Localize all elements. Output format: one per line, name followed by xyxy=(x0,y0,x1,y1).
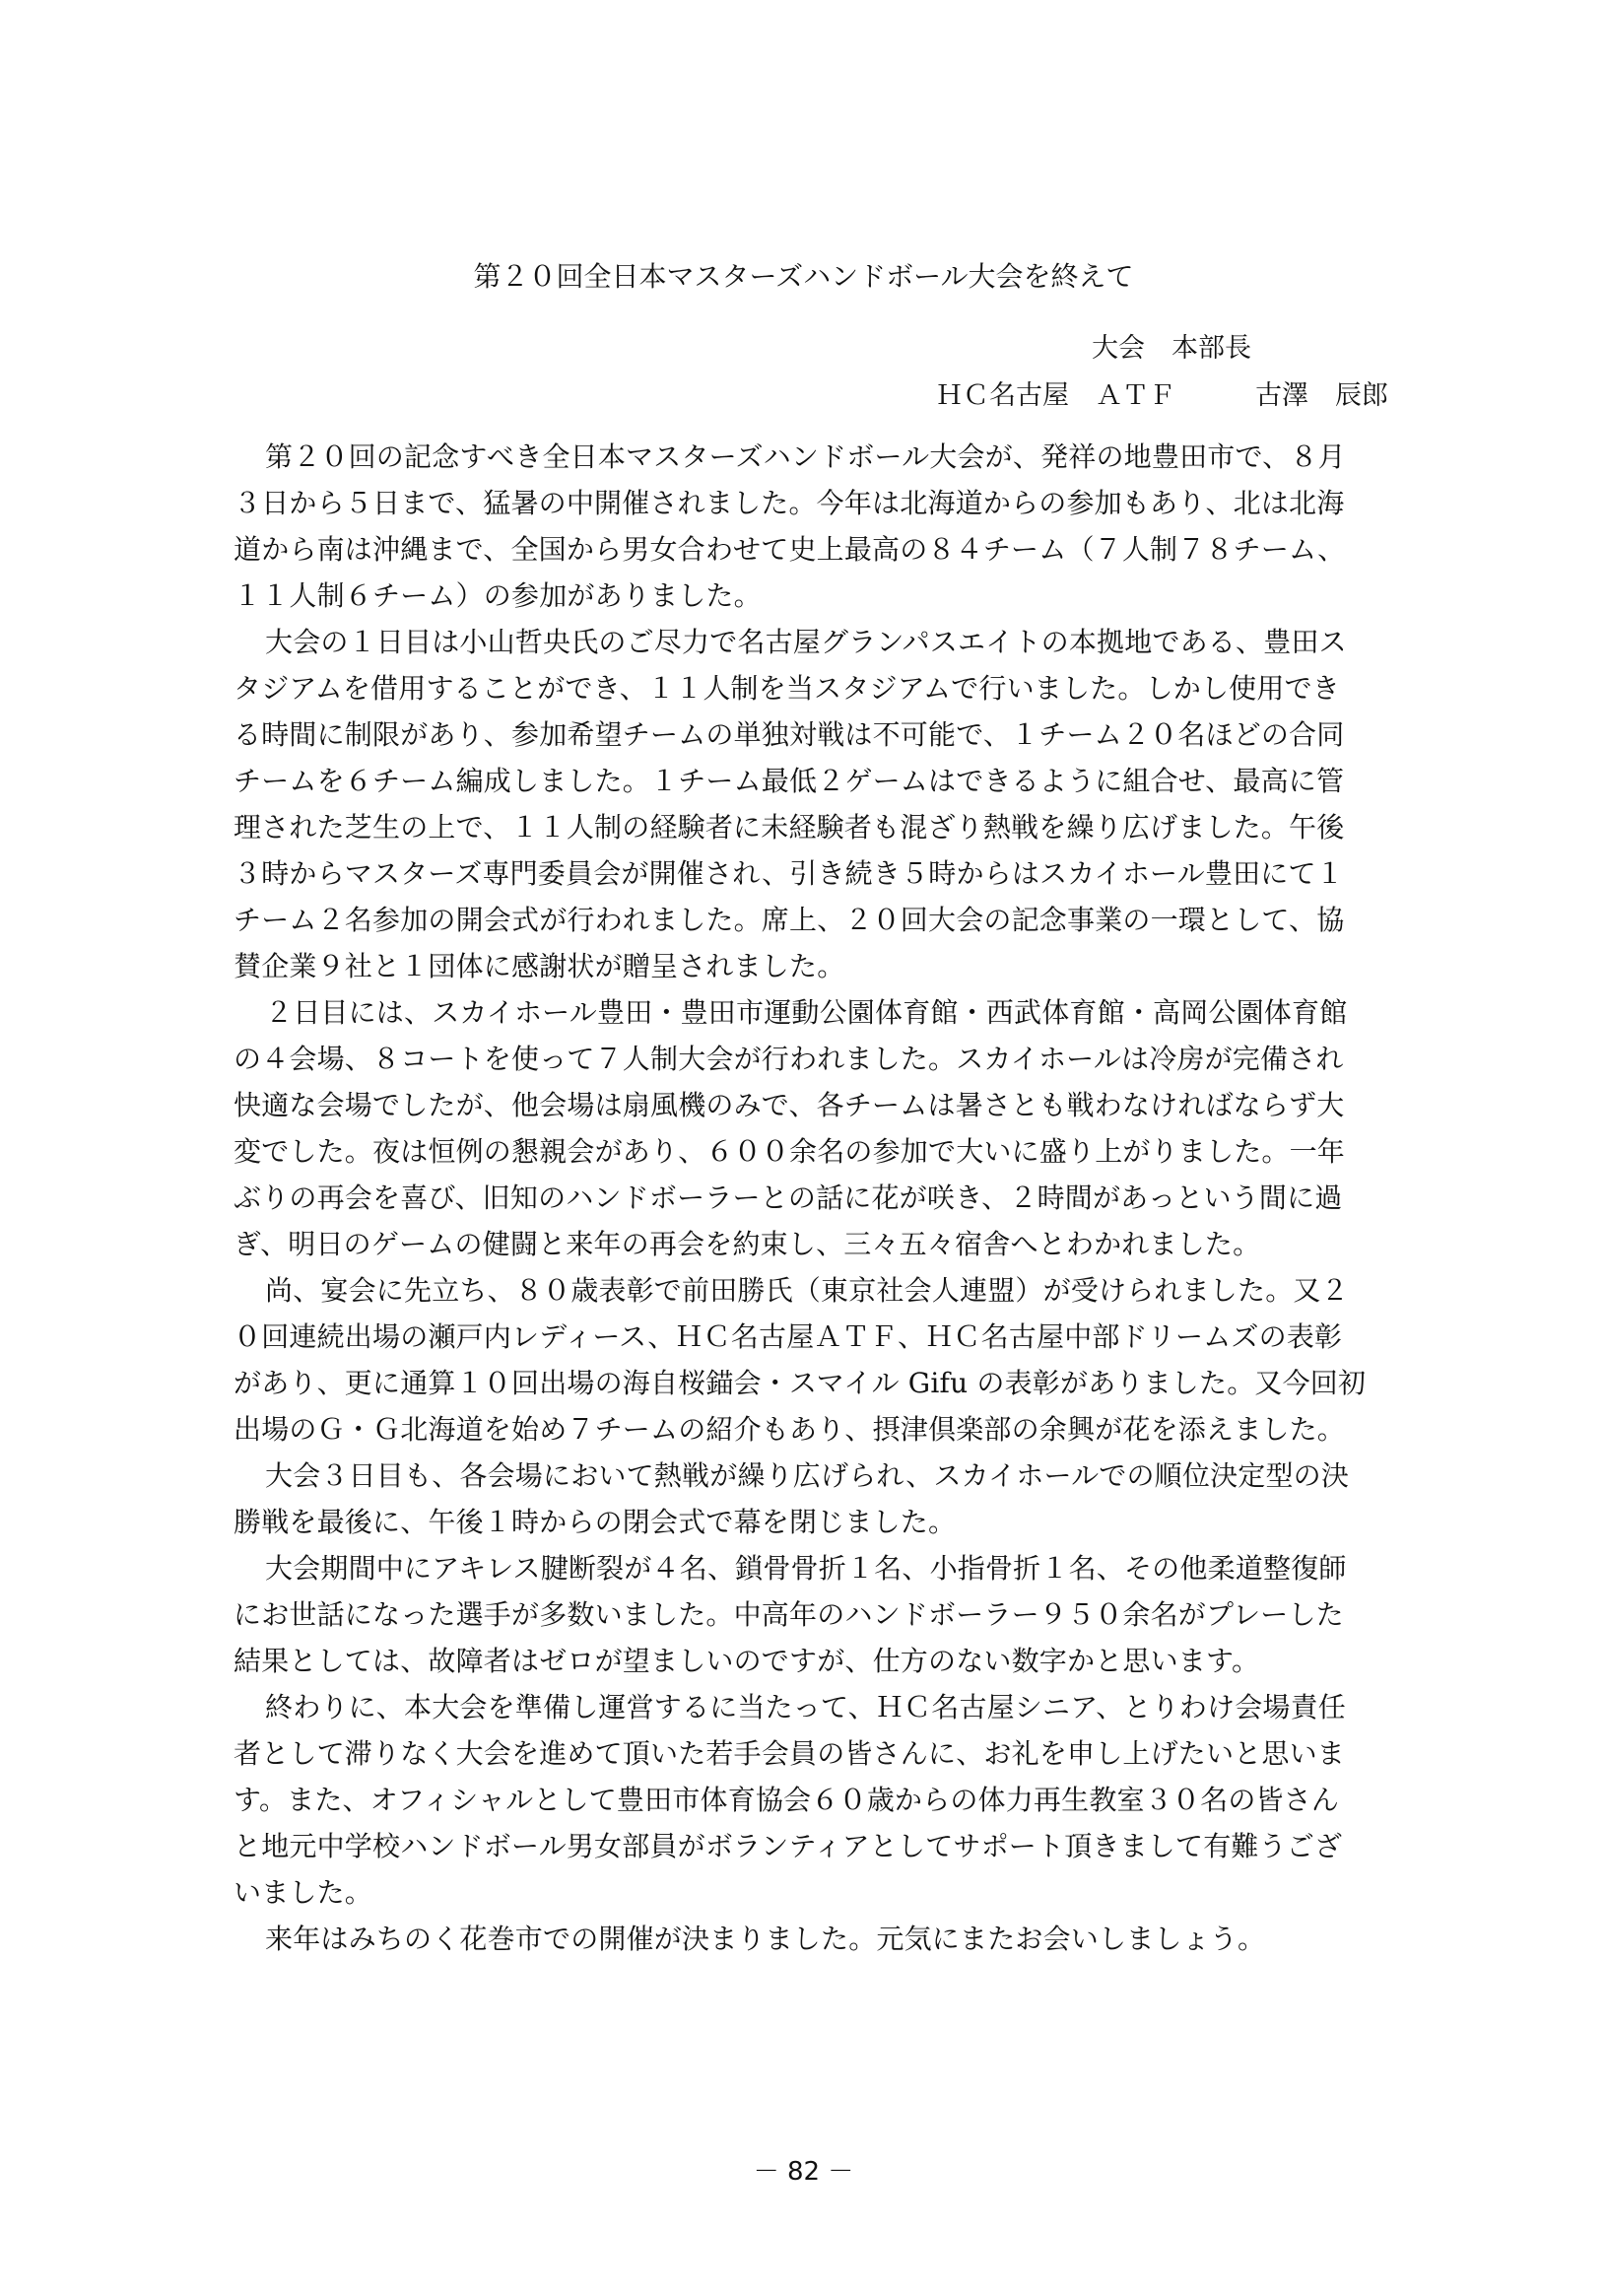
body-line: 来年はみちのく花巻市での開催が決まりました。元気にまたお会いしましょう。 xyxy=(234,1916,1396,1962)
body-line: タジアムを借用することができ、１１人制を当スタジアムで行いました。しかし使用でき xyxy=(234,665,1396,711)
body-line: す。また、オフィシャルとして豊田市体育協会６０歳からの体力再生教室３０名の皆さん xyxy=(234,1777,1396,1823)
body-line: チーム２名参加の開会式が行われました。席上、２０回大会の記念事業の一環として、協 xyxy=(234,897,1396,943)
body-line: ０回連続出場の瀬戸内レディース、ＨＣ名古屋ＡＴＦ、ＨＣ名古屋中部ドリームズの表彰 xyxy=(234,1314,1396,1360)
document-title: 第２０回全日本マスターズハンドボール大会を終えて xyxy=(0,259,1607,295)
body-line: ３日から５日まで、猛暑の中開催されました。今年は北海道からの参加もあり、北は北海 xyxy=(234,480,1396,526)
body-line: いました。 xyxy=(234,1869,1396,1916)
body-line: 出場のＧ・Ｇ北海道を始め７チームの紹介もあり、摂津倶楽部の余興が花を添えました。 xyxy=(234,1406,1396,1452)
body-line: ３時からマスターズ専門委員会が開催され、引き続き５時からはスカイホール豊田にて１ xyxy=(234,850,1396,897)
body-line: 第２０回の記念すべき全日本マスターズハンドボール大会が、発祥の地豊田市で、８月 xyxy=(234,434,1396,480)
body-line: 大会期間中にアキレス腱断裂が４名、鎖骨骨折１名、小指骨折１名、その他柔道整復師 xyxy=(234,1545,1396,1591)
author-affiliation-name: ＨＣ名古屋 ＡＴＦ 古澤 辰郎 xyxy=(936,378,1388,414)
page-number: － 82 － xyxy=(0,2156,1607,2188)
body-line: 快適な会場でしたが、他会場は扇風機のみで、各チームは暑さとも戦わなければならず大 xyxy=(234,1082,1396,1128)
body-line: にお世話になった選手が多数いました。中高年のハンドボーラー９５０余名がプレーした xyxy=(234,1591,1396,1638)
body-line: の４会場、８コートを使って７人制大会が行われました。スカイホールは冷房が完備され xyxy=(234,1036,1396,1082)
body-line: 道から南は沖縄まで、全国から男女合わせて史上最高の８４チーム（７人制７８チーム、 xyxy=(234,526,1396,573)
body-line: 勝戦を最後に、午後１時からの閉会式で幕を閉じました。 xyxy=(234,1499,1396,1545)
body-line: る時間に制限があり、参加希望チームの単独対戦は不可能で、１チーム２０名ほどの合同 xyxy=(234,711,1396,758)
body-line: 賛企業９社と１団体に感謝状が贈呈されました。 xyxy=(234,943,1396,989)
body-line: があり、更に通算１０回出場の海自桜錨会・スマイル Gifu の表彰がありました。… xyxy=(234,1360,1396,1406)
body-line: と地元中学校ハンドボール男女部員がボランティアとしてサポート頂きまして有難うござ xyxy=(234,1823,1396,1869)
body-line: 者として滞りなく大会を進めて頂いた若手会員の皆さんに、お礼を申し上げたいと思いま xyxy=(234,1730,1396,1777)
body-line: 終わりに、本大会を準備し運営するに当たって、ＨＣ名古屋シニア、とりわけ会場責任 xyxy=(234,1684,1396,1730)
body-line: 大会の１日目は小山哲央氏のご尽力で名古屋グランパスエイトの本拠地である、豊田ス xyxy=(234,619,1396,665)
body-line: ぶりの再会を喜び、旧知のハンドボーラーとの話に花が咲き、２時間があっという間に過 xyxy=(234,1175,1396,1221)
body-line: ぎ、明日のゲームの健闘と来年の再会を約束し、三々五々宿舎へとわかれました。 xyxy=(234,1221,1396,1267)
document-page: 第２０回全日本マスターズハンドボール大会を終えて 大会 本部長 ＨＣ名古屋 ＡＴ… xyxy=(0,0,1607,2296)
body-line: 尚、宴会に先立ち、８０歳表彰で前田勝氏（東京社会人連盟）が受けられました。又２ xyxy=(234,1267,1396,1314)
body-line: 理された芝生の上で、１１人制の経験者に未経験者も混ざり熱戦を繰り広げました。午後 xyxy=(234,804,1396,850)
body-line: ２日目には、スカイホール豊田・豊田市運動公園体育館・西武体育館・高岡公園体育館 xyxy=(234,989,1396,1036)
body-line: １１人制６チーム）の参加がありました。 xyxy=(234,573,1396,619)
body-line: 変でした。夜は恒例の懇親会があり、６００余名の参加で大いに盛り上がりました。一年 xyxy=(234,1128,1396,1175)
body-line: チームを６チーム編成しました。１チーム最低２ゲームはできるように組合せ、最高に管 xyxy=(234,758,1396,804)
article-body: 第２０回の記念すべき全日本マスターズハンドボール大会が、発祥の地豊田市で、８月 … xyxy=(234,434,1396,1962)
author-role: 大会 本部長 xyxy=(1092,331,1251,367)
body-line: 結果としては、故障者はゼロが望ましいのですが、仕方のない数字かと思います。 xyxy=(234,1638,1396,1684)
body-line: 大会３日目も、各会場において熱戦が繰り広げられ、スカイホールでの順位決定型の決 xyxy=(234,1452,1396,1499)
